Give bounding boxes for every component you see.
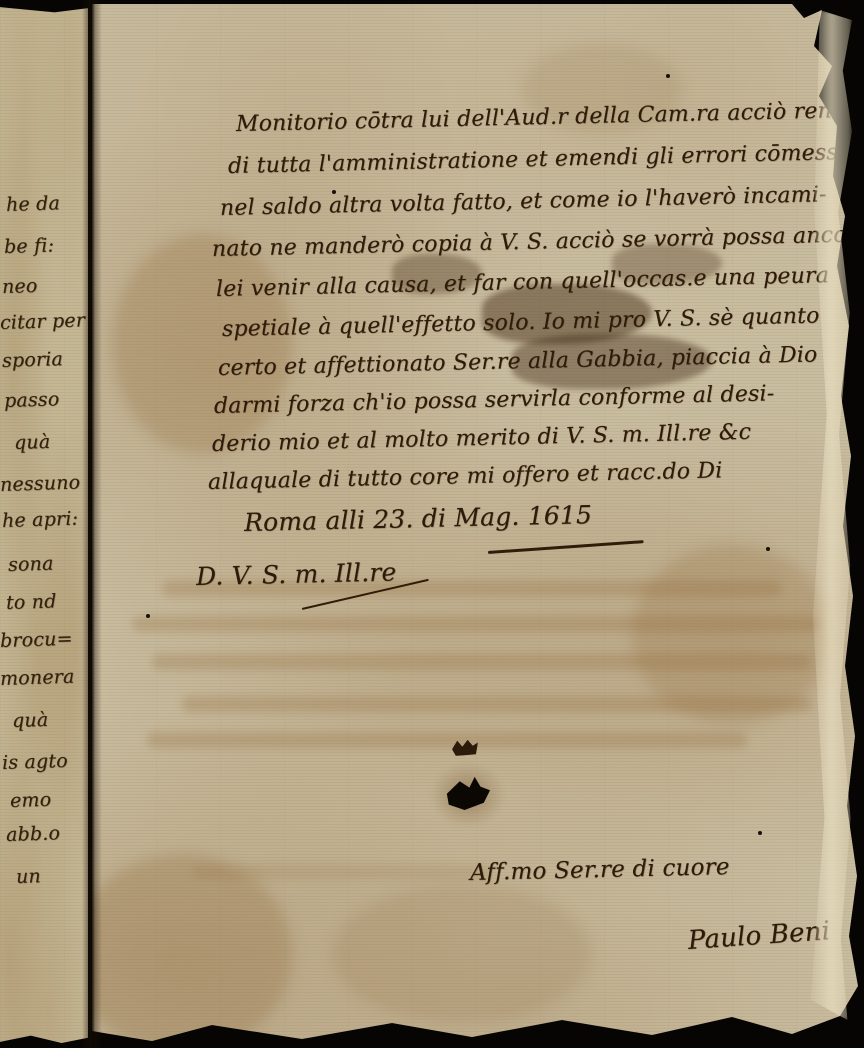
margin-fragment: monera <box>0 666 75 690</box>
margin-fragment: un <box>16 865 42 888</box>
margin-fragment: he da <box>6 192 61 216</box>
manuscript-line: darmi forza ch'io possa servirla conform… <box>214 381 775 419</box>
manuscript-line: nel saldo altra volta fatto, et come io … <box>220 182 827 221</box>
paper-hole <box>443 774 491 810</box>
manuscript-line: certo et affettionato Ser.re alla Gabbia… <box>218 342 818 381</box>
margin-fragment: quà <box>14 431 51 454</box>
stain <box>72 854 292 1048</box>
margin-fragment: emo <box>10 789 52 812</box>
margin-fragment: citar per <box>0 309 85 334</box>
manuscript-line: spetiale à quell'effetto solo. Io mi pro… <box>222 303 820 342</box>
margin-fragment: brocu= <box>0 628 73 652</box>
manuscript-line: Monitorio cōtra lui dell'Aud.r della Cam… <box>236 97 864 137</box>
ink-speck <box>146 614 150 618</box>
manuscript-line: lei venir alla causa, et far con quell'o… <box>216 263 830 302</box>
margin-fragment: sona <box>8 553 54 576</box>
show-through-streak <box>132 616 822 632</box>
signature: Paulo Beni <box>687 916 831 956</box>
stain <box>632 544 832 724</box>
margin-fragment: abb.o <box>6 822 61 846</box>
margin-fragment: be fi: <box>4 234 55 258</box>
manuscript-line: allaquale di tutto core mi offero et rac… <box>208 458 723 495</box>
manuscript-line: derio mio et al molto merito di V. S. m.… <box>212 420 752 457</box>
valediction: Aff.mo Ser.re di cuore <box>470 854 730 886</box>
margin-fragment: quà <box>12 709 49 732</box>
stain <box>112 234 292 454</box>
ink-speck <box>666 74 670 78</box>
show-through-streak <box>152 654 812 670</box>
ink-speck <box>766 547 770 551</box>
margin-fragment: is agto <box>2 750 69 774</box>
margin-fragment: neo <box>2 275 38 298</box>
manuscript-line: nato ne manderò copia à V. S. acciò se v… <box>212 222 858 262</box>
margin-fragment: sporia <box>2 348 64 372</box>
margin-fragment: passo <box>4 388 60 412</box>
manuscript-scan: he da be fi: neo citar per sporia passo … <box>0 0 864 1048</box>
show-through-streak <box>147 732 747 748</box>
date-line: Roma alli 23. di Mag. 1615 <box>244 500 593 537</box>
margin-fragment: nessuno <box>0 471 81 496</box>
ink-burn-mark <box>452 739 478 756</box>
closing-abbreviation: D. V. S. m. Ill.re <box>196 557 397 591</box>
stain <box>332 884 592 1024</box>
show-through-streak <box>182 696 812 712</box>
main-page: Monitorio cōtra lui dell'Aud.r della Cam… <box>92 4 858 1044</box>
margin-fragment: to nd <box>6 590 57 614</box>
show-through-streak <box>192 864 492 880</box>
ink-speck <box>758 831 762 835</box>
left-page-edge: he da be fi: neo citar per sporia passo … <box>0 4 88 1044</box>
underline-flourish <box>488 540 644 554</box>
margin-fragment: he apri: <box>2 508 79 532</box>
manuscript-line: di tutta l'amministratione et emendi gli… <box>228 140 846 179</box>
